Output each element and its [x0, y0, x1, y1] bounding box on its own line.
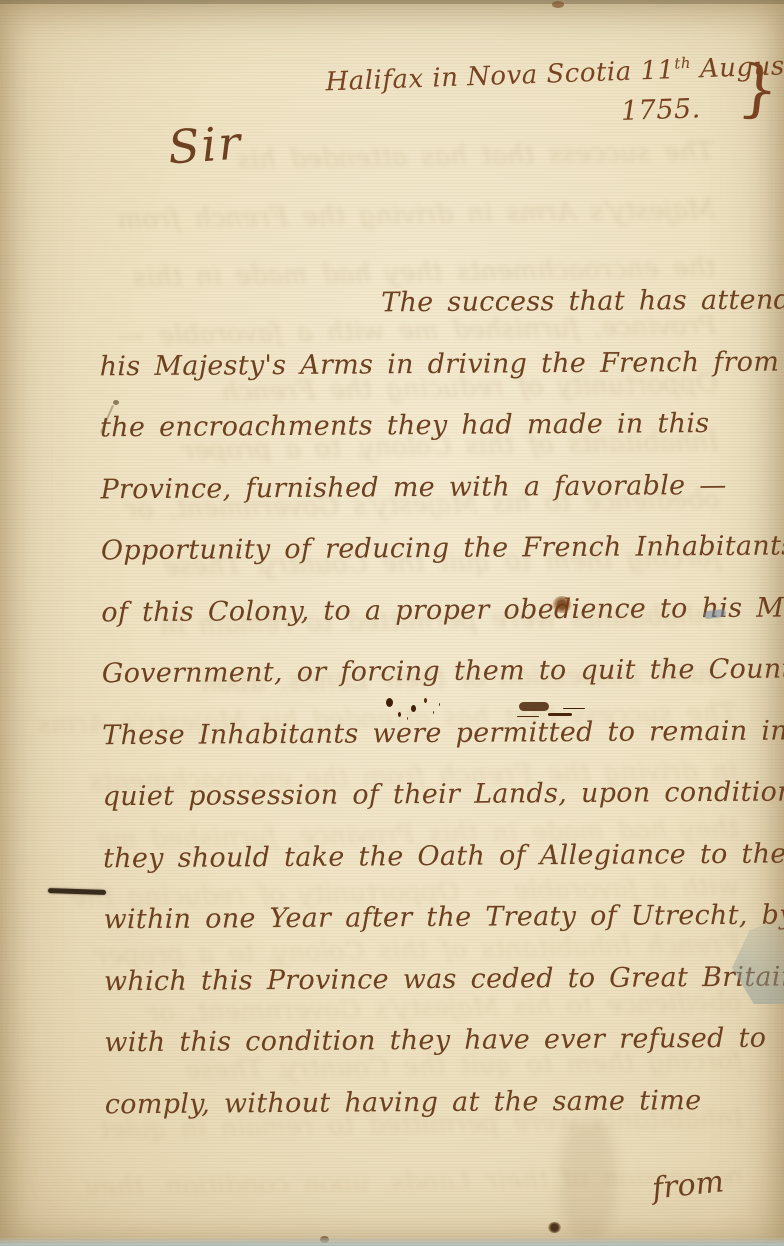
letter-line: The success that has attended [99, 270, 761, 336]
letter-body: The success that has attended his Majest… [99, 270, 767, 1136]
margin-dash-mark [48, 888, 106, 895]
letter-page: The success that has attended his Majest… [0, 0, 784, 1246]
letter-line: comply, without having at the same time [105, 1069, 767, 1135]
paper-top-edge [0, 0, 784, 4]
letter-line: quiet possession of their Lands, upon co… [102, 762, 764, 828]
dateline: Halifax in Nova Scotia 11th August 1755. [325, 41, 748, 142]
letter-line: his Majesty's Arms in driving the French… [99, 331, 761, 397]
letter-line: These Inhabitants were permitted to rema… [102, 700, 764, 766]
letter-line: the encroachments they had made in this [100, 393, 762, 459]
letter-line: Province, furnished me with a favorable … [100, 454, 762, 520]
letter-line: they should take the Oath of Allegiance … [103, 823, 765, 889]
catchword: from [650, 1164, 725, 1206]
stain-spot [320, 1236, 329, 1243]
letter-line: which this Province was ceded to Great B… [104, 946, 766, 1012]
dateline-brace: } [735, 50, 782, 127]
stain-smudge [560, 1120, 616, 1238]
stain-fleck [552, 1, 564, 8]
stain-spot [548, 1222, 561, 1233]
letter-line: of this Colony, to a proper obedience to… [101, 577, 763, 643]
ordinal-superscript: th [674, 54, 691, 73]
salutation: Sir [166, 115, 244, 174]
dateline-year: 1755. [326, 87, 747, 142]
letter-line: within one Year after the Treaty of Utre… [103, 885, 765, 951]
letter-line: Opportunity of reducing the French Inhab… [101, 516, 763, 582]
letter-line: with this condition they have ever refus… [104, 1008, 766, 1074]
paper-bottom-edge [0, 1238, 784, 1246]
letter-line: Government, or forcing them to quit the … [102, 639, 764, 705]
